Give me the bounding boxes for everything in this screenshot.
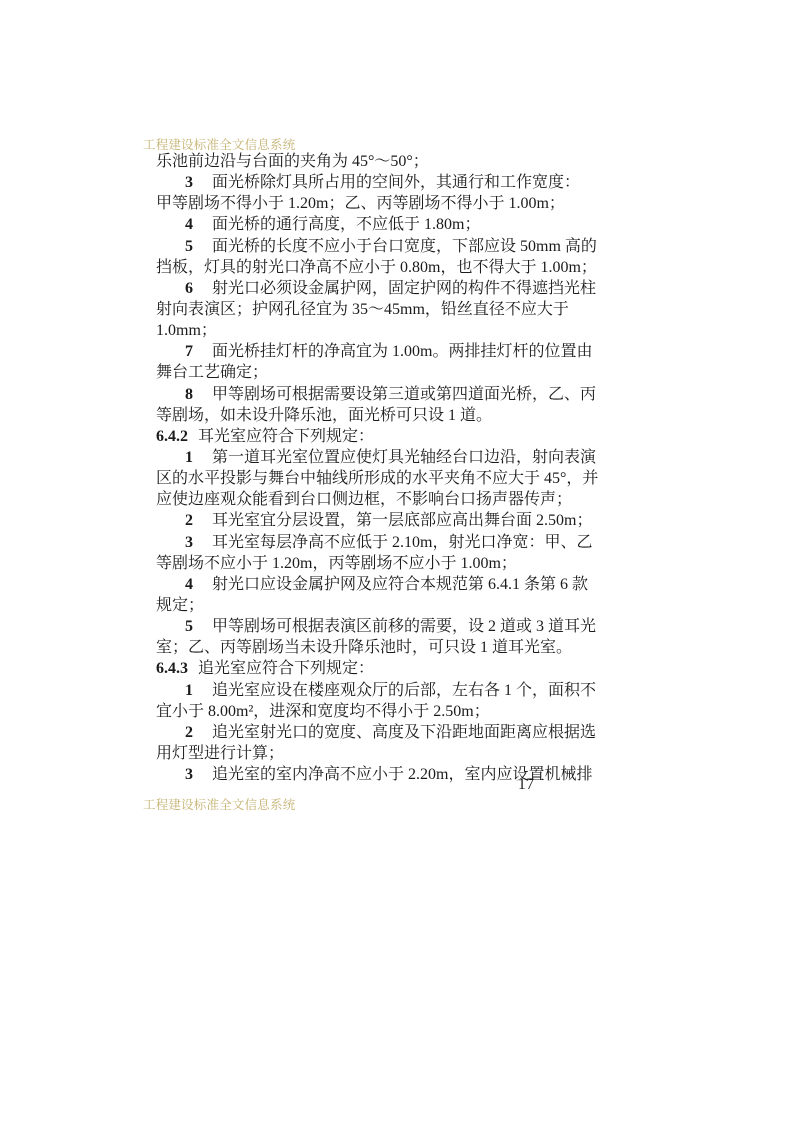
clause-number: 6.4.3 [156, 658, 188, 679]
footer-watermark: 工程建设标准全文信息系统 [143, 795, 295, 813]
line-text: 区的水平投影与舞台中轴线所形成的水平夹角不应大于 45°，并 [156, 470, 598, 487]
clause-number: 4 [185, 574, 193, 595]
text-line: 挡板，灯具的射光口净高不应小于 0.80m，也不得大于 1.00m； [156, 257, 556, 278]
text-line: 7面光桥挂灯杆的净高宜为 1.00m。两排挂灯杆的位置由 [156, 341, 556, 362]
document-page: 工程建设标准全文信息系统 乐池前边沿与台面的夹角为 45°～50°；3面光桥除灯… [0, 0, 800, 1131]
clause-number: 4 [185, 214, 193, 235]
clause-number: 7 [185, 341, 193, 362]
line-text: 耳光室应符合下列规定： [198, 428, 374, 445]
clause-number: 5 [185, 616, 193, 637]
clause-number: 6.4.2 [156, 426, 188, 447]
text-line: 2追光室射光口的宽度、高度及下沿距地面距离应根据选 [156, 722, 556, 743]
line-text: 宜小于 8.00m²，进深和宽度均不得小于 2.50m； [156, 703, 490, 720]
clause-number: 8 [185, 384, 193, 405]
text-line: 3面光桥除灯具所占用的空间外，其通行和工作宽度： [156, 172, 556, 193]
line-text: 甲等剧场不得小于 1.20m；乙、丙等剧场不得小于 1.00m； [156, 195, 565, 212]
text-line: 室；乙、丙等剧场当未设升降乐池时，可只设 1 道耳光室。 [156, 637, 556, 658]
line-text: 面光桥挂灯杆的净高宜为 1.00m。两排挂灯杆的位置由 [212, 343, 592, 360]
line-text: 追光室射光口的宽度、高度及下沿距地面距离应根据选 [212, 724, 596, 741]
line-text: 面光桥的长度不应小于台口宽度，下部应设 50mm 高的 [212, 238, 597, 255]
line-text: 舞台工艺确定； [156, 364, 268, 381]
text-line: 4面光桥的通行高度，不应低于 1.80m； [156, 214, 556, 235]
line-text: 第一道耳光室位置应使灯具光轴经台口边沿，射向表演 [212, 449, 596, 466]
line-text: 追光室应设在楼座观众厅的后部，左右各 1 个，面积不 [212, 682, 596, 699]
clause-heading-line: 6.4.2耳光室应符合下列规定： [156, 426, 556, 447]
text-line: 射向表演区；护网孔径宜为 35～45mm，铅丝直径不应大于 [156, 299, 556, 320]
text-line: 8甲等剧场可根据需要设第三道或第四道面光桥，乙、丙 [156, 384, 556, 405]
clause-number: 1 [185, 680, 193, 701]
text-line: 5面光桥的长度不应小于台口宽度，下部应设 50mm 高的 [156, 236, 556, 257]
line-text: 等剧场不应小于 1.20m，丙等剧场不应小于 1.00m； [156, 555, 517, 572]
line-text: 射光口必须设金属护网，固定护网的构件不得遮挡光柱 [212, 280, 596, 297]
text-line: 3耳光室每层净高不应低于 2.10m，射光口净宽：甲、乙 [156, 532, 556, 553]
text-line: 1.0mm； [156, 320, 556, 341]
clause-number: 6 [185, 278, 193, 299]
text-line: 规定； [156, 595, 556, 616]
line-text: 耳光室每层净高不应低于 2.10m，射光口净宽：甲、乙 [212, 534, 592, 551]
text-line: 1第一道耳光室位置应使灯具光轴经台口边沿，射向表演 [156, 447, 556, 468]
text-line: 5甲等剧场可根据表演区前移的需要，设 2 道或 3 道耳光 [156, 616, 556, 637]
text-line: 等剧场，如未设升降乐池，面光桥可只设 1 道。 [156, 405, 556, 426]
line-text: 挡板，灯具的射光口净高不应小于 0.80m，也不得大于 1.00m； [156, 259, 597, 276]
clause-heading-line: 6.4.3追光室应符合下列规定： [156, 658, 556, 679]
clause-number: 3 [185, 172, 193, 193]
line-text: 甲等剧场可根据需要设第三道或第四道面光桥，乙、丙 [212, 386, 596, 403]
line-text: 追光室应符合下列规定： [198, 660, 374, 677]
text-line: 2耳光室宜分层设置，第一层底部应高出舞台面 2.50m； [156, 510, 556, 531]
clause-number: 1 [185, 447, 193, 468]
line-text: 射向表演区；护网孔径宜为 35～45mm，铅丝直径不应大于 [156, 301, 569, 318]
line-text: 射光口应设金属护网及应符合本规范第 6.4.1 条第 6 款 [212, 576, 588, 593]
text-line: 应使边座观众能看到台口侧边框，不影响台口扬声器传声； [156, 489, 556, 510]
line-text: 1.0mm； [156, 322, 217, 339]
line-text: 面光桥的通行高度，不应低于 1.80m； [212, 216, 480, 233]
line-text: 面光桥除灯具所占用的空间外，其通行和工作宽度： [212, 174, 580, 191]
line-text: 追光室的室内净高不应小于 2.20m，室内应设置机械排 [212, 766, 592, 783]
text-line: 1追光室应设在楼座观众厅的后部，左右各 1 个，面积不 [156, 680, 556, 701]
clause-number: 3 [185, 764, 193, 785]
clause-number: 3 [185, 532, 193, 553]
page-number: 17 [518, 776, 535, 794]
text-line: 舞台工艺确定； [156, 362, 556, 383]
line-text: 等剧场，如未设升降乐池，面光桥可只设 1 道。 [156, 407, 492, 424]
line-text: 乐池前边沿与台面的夹角为 45°～50°； [156, 153, 429, 170]
text-line: 乐池前边沿与台面的夹角为 45°～50°； [156, 151, 556, 172]
text-line: 甲等剧场不得小于 1.20m；乙、丙等剧场不得小于 1.00m； [156, 193, 556, 214]
line-text: 规定； [156, 597, 204, 614]
document-body: 乐池前边沿与台面的夹角为 45°～50°；3面光桥除灯具所占用的空间外，其通行和… [156, 151, 556, 785]
text-line: 6射光口必须设金属护网，固定护网的构件不得遮挡光柱 [156, 278, 556, 299]
line-text: 甲等剧场可根据表演区前移的需要，设 2 道或 3 道耳光 [212, 618, 596, 635]
line-text: 用灯型进行计算； [156, 745, 284, 762]
text-line: 3追光室的室内净高不应小于 2.20m，室内应设置机械排 [156, 764, 556, 785]
text-line: 宜小于 8.00m²，进深和宽度均不得小于 2.50m； [156, 701, 556, 722]
clause-number: 2 [185, 510, 193, 531]
text-line: 等剧场不应小于 1.20m，丙等剧场不应小于 1.00m； [156, 553, 556, 574]
line-text: 应使边座观众能看到台口侧边框，不影响台口扬声器传声； [156, 491, 572, 508]
clause-number: 2 [185, 722, 193, 743]
clause-number: 5 [185, 236, 193, 257]
text-line: 用灯型进行计算； [156, 743, 556, 764]
line-text: 耳光室宜分层设置，第一层底部应高出舞台面 2.50m； [212, 512, 592, 529]
text-line: 区的水平投影与舞台中轴线所形成的水平夹角不应大于 45°，并 [156, 468, 556, 489]
text-line: 4射光口应设金属护网及应符合本规范第 6.4.1 条第 6 款 [156, 574, 556, 595]
line-text: 室；乙、丙等剧场当未设升降乐池时，可只设 1 道耳光室。 [156, 639, 572, 656]
